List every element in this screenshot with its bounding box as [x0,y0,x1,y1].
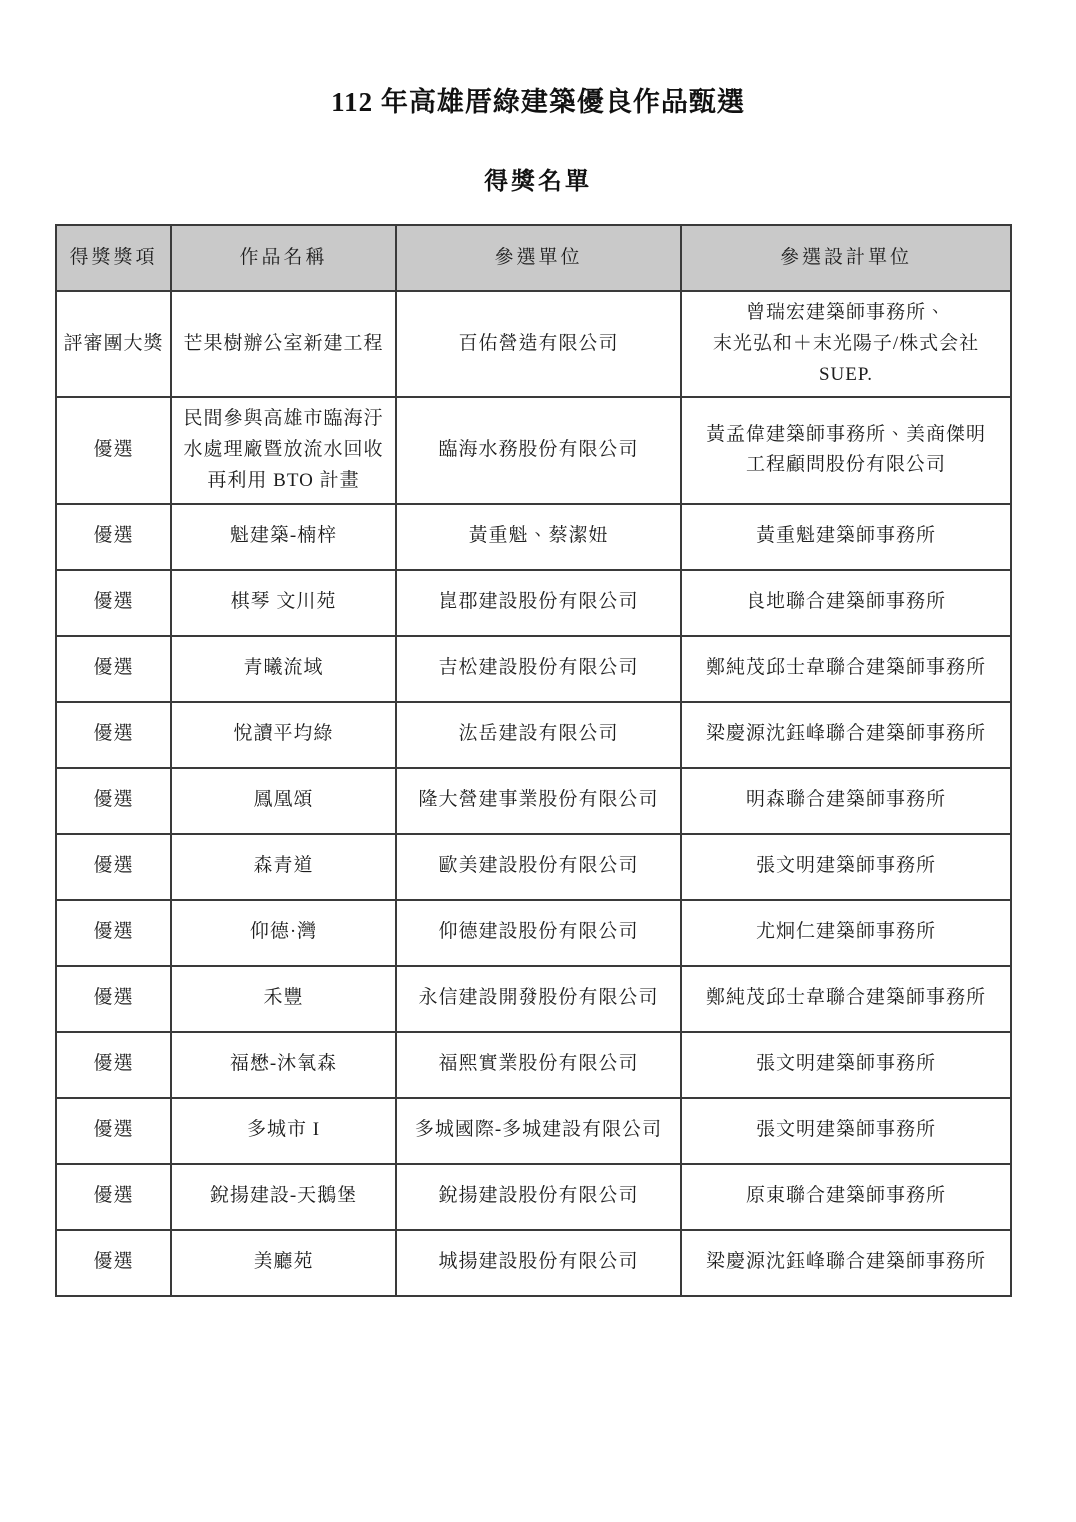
work-name-cell: 禾豐 [171,966,396,1032]
work-name-cell: 多城市 I [171,1098,396,1164]
table-row: 優選 鳳凰頌 隆大營建事業股份有限公司 明森聯合建築師事務所 [56,768,1011,834]
table-row: 優選 多城市 I 多城國際-多城建設有限公司 張文明建築師事務所 [56,1098,1011,1164]
work-name-cell: 銳揚建設-天鵝堡 [171,1164,396,1230]
entrant-unit-cell: 城揚建設股份有限公司 [396,1230,681,1296]
award-category-cell: 優選 [56,900,171,966]
award-category-cell: 評審團大獎 [56,291,171,397]
work-name-cell: 棋琴 文川苑 [171,570,396,636]
award-category-cell: 優選 [56,636,171,702]
entrant-unit-cell: 吉松建設股份有限公司 [396,636,681,702]
design-unit-cell: 黃孟偉建築師事務所、美商傑明 工程顧問股份有限公司 [681,397,1011,503]
design-unit-cell: 明森聯合建築師事務所 [681,768,1011,834]
award-category-cell: 優選 [56,1032,171,1098]
award-category-cell: 優選 [56,1098,171,1164]
column-header-work-name: 作品名稱 [171,225,396,291]
design-unit-cell: 張文明建築師事務所 [681,1098,1011,1164]
table-row: 優選 青曦流域 吉松建設股份有限公司 鄭純茂邱士韋聯合建築師事務所 [56,636,1011,702]
table-row: 優選 棋琴 文川苑 崑郡建設股份有限公司 良地聯合建築師事務所 [56,570,1011,636]
table-row: 優選 森青道 歐美建設股份有限公司 張文明建築師事務所 [56,834,1011,900]
design-unit-cell: 鄭純茂邱士韋聯合建築師事務所 [681,966,1011,1032]
table-row: 優選 福懋-沐氧森 福熙實業股份有限公司 張文明建築師事務所 [56,1032,1011,1098]
design-unit-cell: 曾瑞宏建築師事務所、 末光弘和＋末光陽子/株式会社 SUEP. [681,291,1011,397]
entrant-unit-cell: 多城國際-多城建設有限公司 [396,1098,681,1164]
table-row: 優選 仰德·灣 仰德建設股份有限公司 尤炯仁建築師事務所 [56,900,1011,966]
award-category-cell: 優選 [56,768,171,834]
entrant-unit-cell: 黃重魁、蔡潔妞 [396,504,681,570]
table-row: 評審團大獎 芒果樹辦公室新建工程 百佑營造有限公司 曾瑞宏建築師事務所、 末光弘… [56,291,1011,397]
entrant-unit-cell: 崑郡建設股份有限公司 [396,570,681,636]
design-unit-cell: 梁慶源沈鈺峰聯合建築師事務所 [681,1230,1011,1296]
table-row: 優選 美廳苑 城揚建設股份有限公司 梁慶源沈鈺峰聯合建築師事務所 [56,1230,1011,1296]
table-header-row: 得獎獎項 作品名稱 參選單位 參選設計單位 [56,225,1011,291]
work-name-cell: 美廳苑 [171,1230,396,1296]
table-row: 優選 悅讀平均綠 汯岳建設有限公司 梁慶源沈鈺峰聯合建築師事務所 [56,702,1011,768]
entrant-unit-cell: 百佑營造有限公司 [396,291,681,397]
work-name-cell: 民間參與高雄市臨海汙 水處理廠暨放流水回收 再利用 BTO 計畫 [171,397,396,503]
design-unit-cell: 原東聯合建築師事務所 [681,1164,1011,1230]
award-category-cell: 優選 [56,397,171,503]
design-unit-cell: 良地聯合建築師事務所 [681,570,1011,636]
entrant-unit-cell: 隆大營建事業股份有限公司 [396,768,681,834]
entrant-unit-cell: 仰德建設股份有限公司 [396,900,681,966]
entrant-unit-cell: 銳揚建設股份有限公司 [396,1164,681,1230]
work-name-cell: 魁建築-楠梓 [171,504,396,570]
work-name-cell: 鳳凰頌 [171,768,396,834]
work-name-cell: 仰德·灣 [171,900,396,966]
design-unit-cell: 張文明建築師事務所 [681,834,1011,900]
table-row: 優選 銳揚建設-天鵝堡 銳揚建設股份有限公司 原東聯合建築師事務所 [56,1164,1011,1230]
design-unit-cell: 梁慶源沈鈺峰聯合建築師事務所 [681,702,1011,768]
work-name-cell: 福懋-沐氧森 [171,1032,396,1098]
table-row: 優選 禾豐 永信建設開發股份有限公司 鄭純茂邱士韋聯合建築師事務所 [56,966,1011,1032]
design-unit-cell: 張文明建築師事務所 [681,1032,1011,1098]
table-body: 評審團大獎 芒果樹辦公室新建工程 百佑營造有限公司 曾瑞宏建築師事務所、 末光弘… [56,291,1011,1296]
award-category-cell: 優選 [56,966,171,1032]
table-row: 優選 民間參與高雄市臨海汙 水處理廠暨放流水回收 再利用 BTO 計畫 臨海水務… [56,397,1011,503]
column-header-entrant-unit: 參選單位 [396,225,681,291]
awards-table: 得獎獎項 作品名稱 參選單位 參選設計單位 評審團大獎 芒果樹辦公室新建工程 百… [55,224,1012,1297]
work-name-cell: 森青道 [171,834,396,900]
entrant-unit-cell: 福熙實業股份有限公司 [396,1032,681,1098]
entrant-unit-cell: 永信建設開發股份有限公司 [396,966,681,1032]
entrant-unit-cell: 歐美建設股份有限公司 [396,834,681,900]
award-category-cell: 優選 [56,834,171,900]
award-category-cell: 優選 [56,570,171,636]
column-header-design-unit: 參選設計單位 [681,225,1011,291]
award-category-cell: 優選 [56,1230,171,1296]
work-name-cell: 青曦流域 [171,636,396,702]
award-category-cell: 優選 [56,504,171,570]
entrant-unit-cell: 臨海水務股份有限公司 [396,397,681,503]
document-page: 112 年高雄厝綠建築優良作品甄選 得獎名單 得獎獎項 作品名稱 參選單位 參選… [0,0,1076,1522]
design-unit-cell: 尤炯仁建築師事務所 [681,900,1011,966]
award-category-cell: 優選 [56,1164,171,1230]
work-name-cell: 芒果樹辦公室新建工程 [171,291,396,397]
page-subtitle: 得獎名單 [0,119,1076,224]
entrant-unit-cell: 汯岳建設有限公司 [396,702,681,768]
design-unit-cell: 鄭純茂邱士韋聯合建築師事務所 [681,636,1011,702]
table-row: 優選 魁建築-楠梓 黃重魁、蔡潔妞 黃重魁建築師事務所 [56,504,1011,570]
award-category-cell: 優選 [56,702,171,768]
design-unit-cell: 黃重魁建築師事務所 [681,504,1011,570]
page-title: 112 年高雄厝綠建築優良作品甄選 [0,0,1076,119]
work-name-cell: 悅讀平均綠 [171,702,396,768]
column-header-award-category: 得獎獎項 [56,225,171,291]
